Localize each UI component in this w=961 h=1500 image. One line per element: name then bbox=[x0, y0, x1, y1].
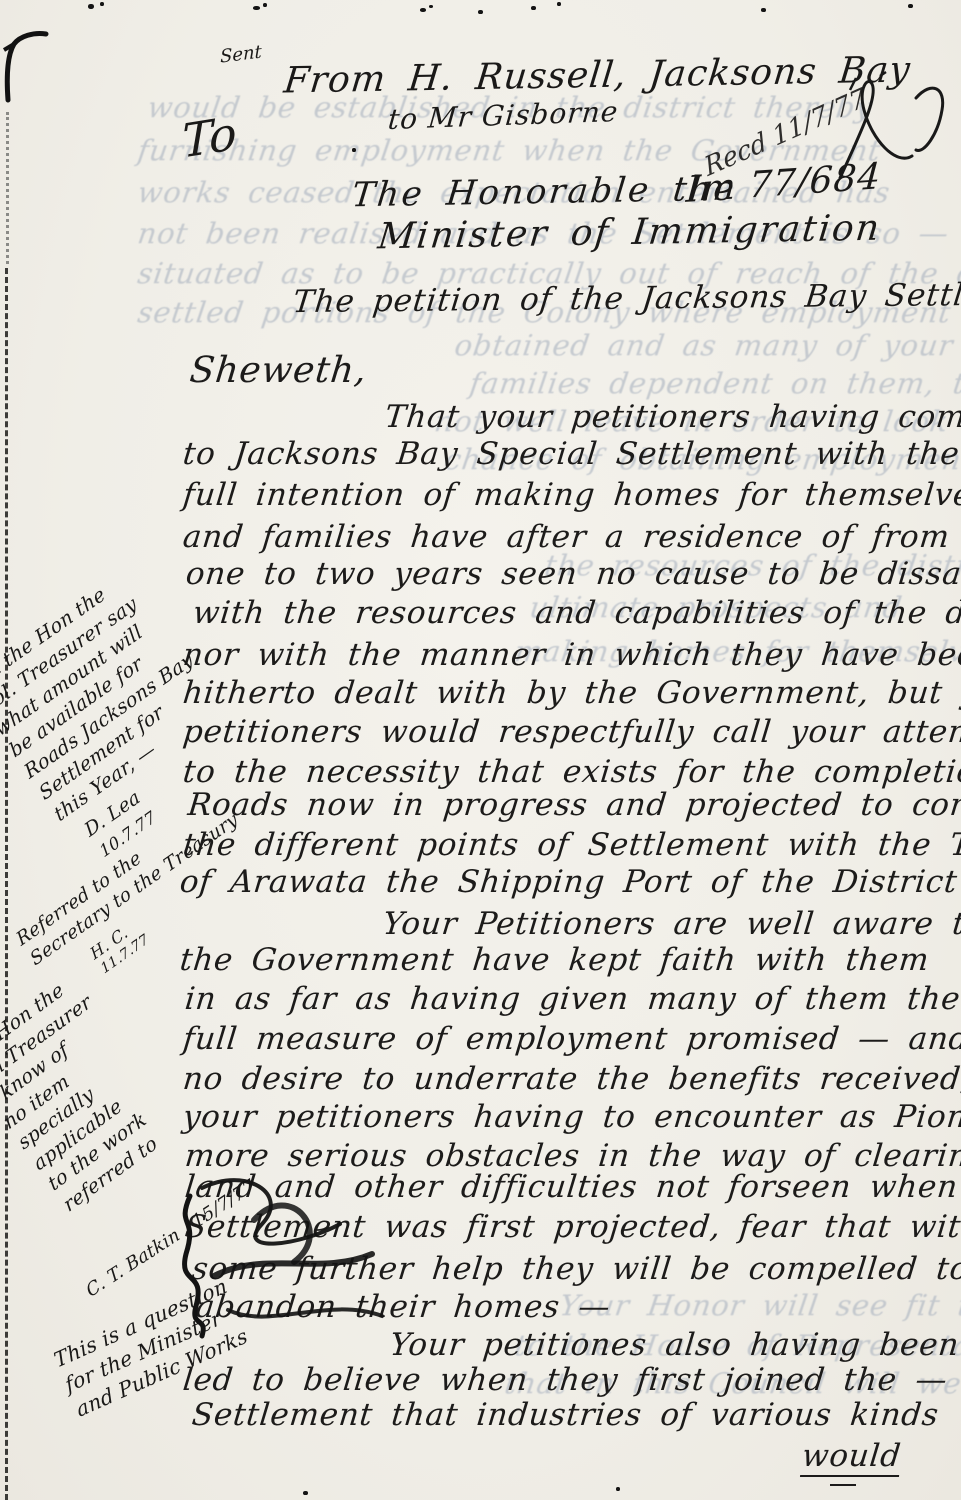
body-line: nor with the manner in which they have b… bbox=[181, 638, 961, 672]
torn-corner-mark bbox=[0, 10, 70, 105]
bleedthrough-line: families dependent on them, they could bbox=[468, 366, 961, 400]
ink-speck bbox=[429, 5, 433, 8]
catchword: would bbox=[800, 1438, 903, 1477]
ink-speck bbox=[616, 1487, 620, 1491]
body-line: and families have after a residence of f… bbox=[181, 520, 951, 554]
ink-speck bbox=[420, 8, 426, 12]
petition-title: The petition of the Jacksons Bay Settler… bbox=[291, 276, 961, 320]
body-line: That your petitioners having come bbox=[383, 400, 961, 434]
body-line: full measure of employment promised — an… bbox=[181, 1022, 961, 1056]
ink-speck bbox=[263, 3, 267, 7]
ink-speck bbox=[100, 2, 104, 6]
body-line: your petitioners having to encounter as … bbox=[181, 1100, 961, 1134]
to-word: To bbox=[182, 105, 237, 168]
binding-edge-dashed bbox=[5, 268, 8, 1500]
ink-speck bbox=[557, 2, 561, 6]
ink-speck bbox=[478, 10, 483, 14]
salutation: Sheweth, bbox=[188, 350, 369, 391]
body-line: with the resources and capabilities of t… bbox=[191, 596, 961, 630]
document-page: would be established in the district the… bbox=[0, 0, 961, 1500]
body-line: full intention of making homes for thems… bbox=[181, 478, 961, 512]
body-line: one to two years seen no cause to be dis… bbox=[184, 557, 961, 591]
addressee-honorable-line: The Honorable the bbox=[350, 169, 738, 216]
ink-speck bbox=[253, 6, 260, 10]
body-line: to the necessity that exists for the com… bbox=[181, 755, 961, 789]
body-line: led to believe when they first joined th… bbox=[181, 1363, 961, 1397]
body-line: the Government have kept faith with them bbox=[178, 943, 931, 977]
body-line: Settlement that industries of various ki… bbox=[190, 1398, 940, 1432]
bleedthrough-line: obtained and as many of your settlers bbox=[453, 328, 961, 362]
ink-speck bbox=[303, 1491, 308, 1495]
body-line: in as far as having given many of them t… bbox=[183, 982, 961, 1016]
overlapping-annotation-scrawl bbox=[168, 1158, 448, 1363]
body-line: Your petitiones also having been bbox=[388, 1328, 961, 1362]
ink-speck bbox=[531, 6, 536, 10]
body-line: hitherto dealt with by the Government, b… bbox=[181, 676, 961, 710]
ink-speck bbox=[761, 8, 766, 12]
body-line: petitioners would respectfully call your… bbox=[181, 715, 961, 749]
ink-speck bbox=[352, 148, 356, 152]
body-line: the different points of Settlement with … bbox=[181, 828, 961, 862]
sent-note: Sent bbox=[220, 41, 262, 67]
ink-speck bbox=[88, 4, 94, 9]
binding-edge-dotted bbox=[6, 112, 9, 264]
catchword-underline-dash bbox=[830, 1484, 856, 1486]
bleedthrough-line: Your Honor will see fit to — bbox=[558, 1288, 961, 1322]
to-addressee-line: to Mr Gisborne bbox=[387, 95, 620, 136]
body-line: Roads now in progress and projected to c… bbox=[186, 788, 961, 822]
body-line: to Jacksons Bay Special Settlement with … bbox=[181, 437, 961, 471]
body-line: no desire to underrate the benefits rece… bbox=[181, 1062, 961, 1096]
ink-speck bbox=[908, 4, 913, 8]
body-line: of Arawata the Shipping Port of the Dist… bbox=[178, 865, 961, 899]
body-line: Your Petitioners are well aware that bbox=[381, 907, 961, 941]
